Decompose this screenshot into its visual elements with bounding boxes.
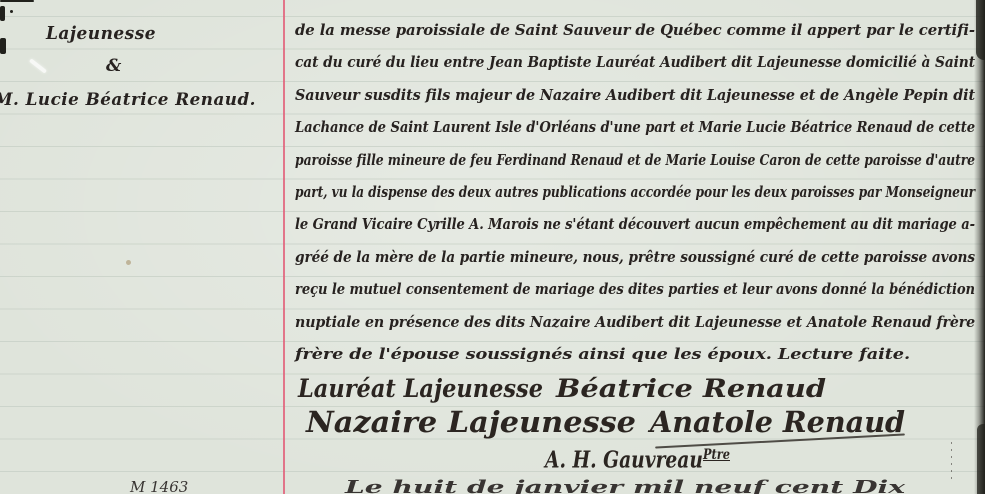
page-edge-dark-top-right bbox=[976, 0, 985, 60]
officiant-title: Ptre bbox=[703, 447, 730, 463]
signature-witness-bride-brother: Anatole Renaud bbox=[650, 408, 905, 437]
record-text-line: nuptiale en présence des dits Nazaire Au… bbox=[295, 316, 975, 331]
next-record-margin-number: M 1463 bbox=[130, 480, 188, 494]
record-text-line: de la messe paroissiale de Saint Sauveur… bbox=[295, 24, 975, 39]
red-margin-rule-line bbox=[283, 0, 285, 494]
margin-ampersand: & bbox=[106, 58, 122, 75]
page-edge-speck bbox=[0, 38, 6, 54]
page-edge-dark-bottom-right bbox=[977, 424, 985, 494]
page-gutter-shadow bbox=[974, 0, 985, 494]
margin-bride-name: M. Lucie Béatrice Renaud. bbox=[0, 92, 256, 109]
signature-bride: Béatrice Renaud bbox=[556, 376, 826, 401]
signature-groom: Lauréat Lajeunesse bbox=[298, 376, 543, 401]
record-text-line: le Grand Vicaire Cyrille A. Marois ne s'… bbox=[295, 218, 975, 233]
paper-stain bbox=[126, 260, 131, 265]
signature-witness-groom-father: Nazaire Lajeunesse bbox=[306, 408, 636, 437]
margin-groom-surname: Lajeunesse bbox=[46, 25, 156, 43]
next-record-first-line: Le huit de janvier mil neuf cent Dix bbox=[345, 479, 905, 494]
page-edge-speck bbox=[0, 0, 34, 2]
record-text-line: Lachance de Saint Laurent Isle d'Orléans… bbox=[295, 121, 975, 136]
record-text-line: frère de l'épouse soussignés ainsi que l… bbox=[295, 348, 910, 363]
record-text-line: part, vu la dispense des deux autres pub… bbox=[295, 186, 975, 201]
record-text-line: gréé de la mère de la partie mineure, no… bbox=[295, 251, 975, 266]
record-text-line: paroisse fille mineure de feu Ferdinand … bbox=[295, 154, 975, 169]
page-edge-speck bbox=[10, 10, 13, 13]
register-page: { "margin": { "groom_name": "Lajeunesse"… bbox=[0, 0, 985, 494]
page-edge-speck bbox=[0, 6, 5, 21]
record-text-line: Sauveur susdits fils majeur de Nazaire A… bbox=[295, 89, 975, 104]
officiant-name: A. H. Gauvreau bbox=[545, 447, 703, 474]
signature-officiant: A. H. GauvreauPtre bbox=[545, 448, 730, 472]
record-text-line: reçu le mutuel consentement de mariage d… bbox=[295, 283, 975, 298]
ink-specks bbox=[951, 442, 952, 482]
record-text-line: cat du curé du lieu entre Jean Baptiste … bbox=[295, 56, 975, 71]
